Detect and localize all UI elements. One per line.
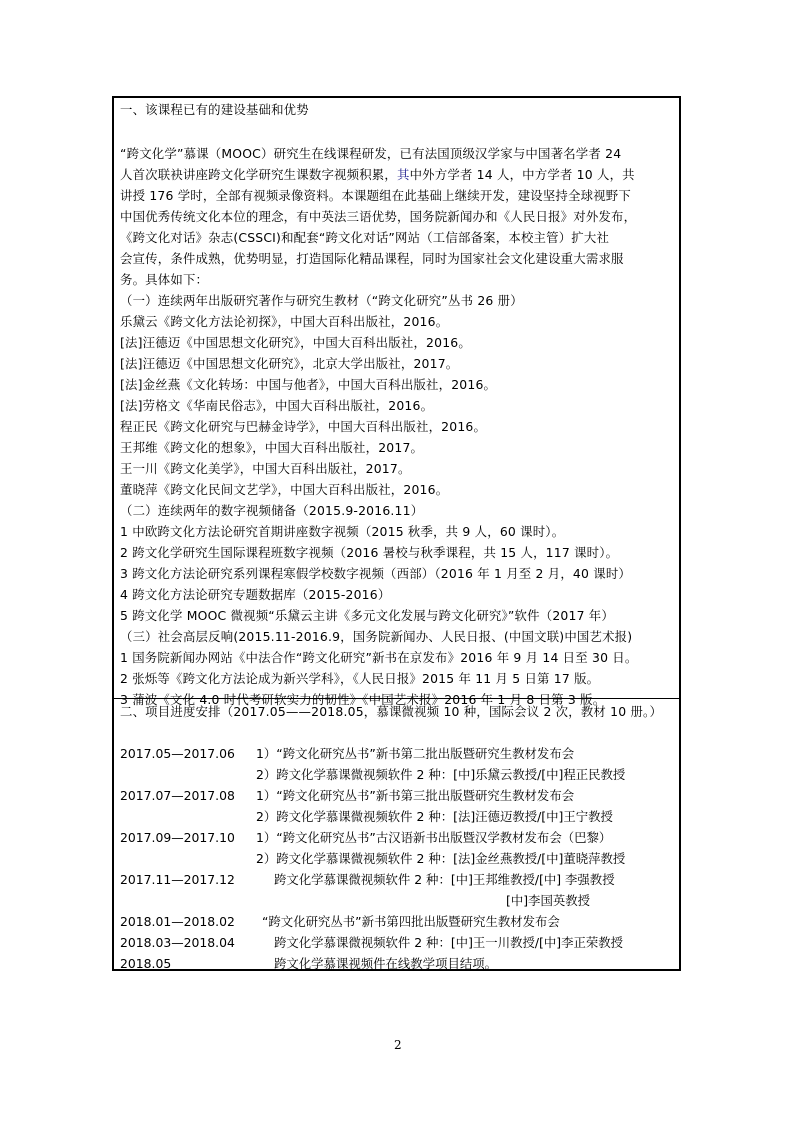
video-item: 3 跨文化方法论研究系列课程寒假学校数字视频（西部）（2016 年 1 月至 2…	[120, 563, 631, 584]
document-page: 一、该课程已有的建设基础和优势 “跨文化学”慕课（MOOC）研究生在线课程研发，…	[0, 0, 794, 1123]
schedule-task: 2）跨文化学慕课微视频软件 2 种：[法]金丝燕教授/[中]董晓萍教授	[256, 848, 625, 869]
subsection-title-books: （一）连续两年出版研究著作与研究生教材（“跨文化研究”丛书 26 册）	[120, 290, 523, 311]
section-divider	[114, 698, 679, 699]
subsection-title-videos: （二）连续两年的数字视频储备（2015.9-2016.11）	[120, 500, 423, 521]
page-number: 2	[394, 1038, 402, 1052]
response-item: 1 国务院新闻办网站《中法合作“跨文化研究”新书在京发布》2016 年 9 月 …	[120, 647, 638, 668]
section2-heading: 二、项目进度安排（2017.05——2018.05，慕课微视频 10 种，国际会…	[120, 701, 662, 722]
schedule-date: 2017.09—2017.10	[120, 827, 235, 848]
book-item: [法]劳格文《华南民俗志》，中国大百科出版社，2016。	[120, 395, 433, 416]
book-item: 程正民《跨文化研究与巴赫金诗学》，中国大百科出版社，2016。	[120, 416, 486, 437]
schedule-date: 2018.03—2018.04	[120, 932, 235, 953]
intro-line: 中国优秀传统文化本位的理念，有中英法三语优势，国务院新闻办和《人民日报》对外发布…	[120, 206, 636, 227]
schedule-task: 1）“跨文化研究丛书”古汉语新书出版暨汉学教材发布会（巴黎）	[256, 827, 611, 848]
intro-line: 讲授 176 学时，全部有视频录像资料。本课题组在此基础上继续开发，建设坚持全球…	[120, 185, 631, 206]
schedule-date: 2017.05—2017.06	[120, 743, 235, 764]
schedule-task: 跨文化学慕课视频件在线教学项目结项。	[274, 953, 497, 974]
response-item: 2 张烁等《跨文化方法论成为新兴学科》，《人民日报》2015 年 11 月 5 …	[120, 668, 599, 689]
schedule-task: 跨文化学慕课微视频软件 2 种：[中]王邦维教授/[中] 李强教授	[274, 869, 615, 890]
section1-heading: 一、该课程已有的建设基础和优势	[120, 99, 309, 120]
book-item: [法]汪德迈《中国思想文化研究》，北京大学出版社，2017。	[120, 353, 458, 374]
intro-line: “跨文化学”慕课（MOOC）研究生在线课程研发，已有法国顶级汉学家与中国著名学者…	[120, 143, 621, 164]
book-item: 王邦维《跨文化的想象》，中国大百科出版社，2017。	[120, 437, 423, 458]
intro-line: 会宣传，条件成熟，优势明显，打造国际化精品课程，同时为国家社会文化建设重大需求服	[120, 248, 624, 269]
content-table: 一、该课程已有的建设基础和优势 “跨文化学”慕课（MOOC）研究生在线课程研发，…	[112, 96, 681, 971]
subsection-title-response: （三）社会高层反响(2015.11-2016.9，国务院新闻办、人民日报、(中国…	[120, 626, 632, 647]
video-item: 5 跨文化学 MOOC 微视频“乐黛云主讲《多元文化发展与跨文化研究》”软件（2…	[120, 605, 614, 626]
schedule-task: 2）跨文化学慕课微视频软件 2 种：[法]汪德迈教授/[中]王宁教授	[256, 806, 613, 827]
schedule-task: 1）“跨文化研究丛书”新书第三批出版暨研究生教材发布会	[256, 785, 574, 806]
video-item: 1 中欧跨文化方法论研究首期讲座数字视频（2015 秋季，共 9 人，60 课时…	[120, 521, 564, 542]
video-item: 4 跨文化方法论研究专题数据库（2015-2016）	[120, 584, 390, 605]
schedule-task: 跨文化学慕课微视频软件 2 种：[中]王一川教授/[中]李正荣教授	[274, 932, 623, 953]
book-item: [法]金丝燕《文化转场：中国与他者》，中国大百科出版社，2016。	[120, 374, 496, 395]
schedule-task: “跨文化研究丛书”新书第四批出版暨研究生教材发布会	[262, 911, 560, 932]
schedule-task: 1）“跨文化研究丛书”新书第二批出版暨研究生教材发布会	[256, 743, 574, 764]
book-item: 乐黛云《跨文化方法论初探》，中国大百科出版社，2016。	[120, 311, 448, 332]
intro-line: 人首次联袂讲座跨文化学研究生课数字视频积累，其中外方学者 14 人，中方学者 1…	[120, 164, 635, 185]
schedule-date: 2017.07—2017.08	[120, 785, 235, 806]
schedule-date: 2018.05	[120, 953, 171, 974]
intro-line: 《跨文化对话》杂志(CSSCI)和配套“跨文化对话”网站（工信部备案，本校主管）…	[120, 227, 609, 248]
intro-line: 务。具体如下：	[120, 269, 208, 290]
schedule-date: 2017.11—2017.12	[120, 869, 235, 890]
schedule-task: 2）跨文化学慕课微视频软件 2 种：[中]乐黛云教授/[中]程正民教授	[256, 764, 625, 785]
book-item: 王一川《跨文化美学》，中国大百科出版社，2017。	[120, 458, 411, 479]
schedule-task: [中]李国英教授	[506, 890, 590, 911]
schedule-date: 2018.01—2018.02	[120, 911, 235, 932]
book-item: [法]汪德迈《中国思想文化研究》，中国大百科出版社，2016。	[120, 332, 471, 353]
book-item: 董晓萍《跨文化民间文艺学》，中国大百科出版社，2016。	[120, 479, 448, 500]
video-item: 2 跨文化学研究生国际课程班数字视频（2016 暑校与秋季课程，共 15 人，1…	[120, 542, 618, 563]
